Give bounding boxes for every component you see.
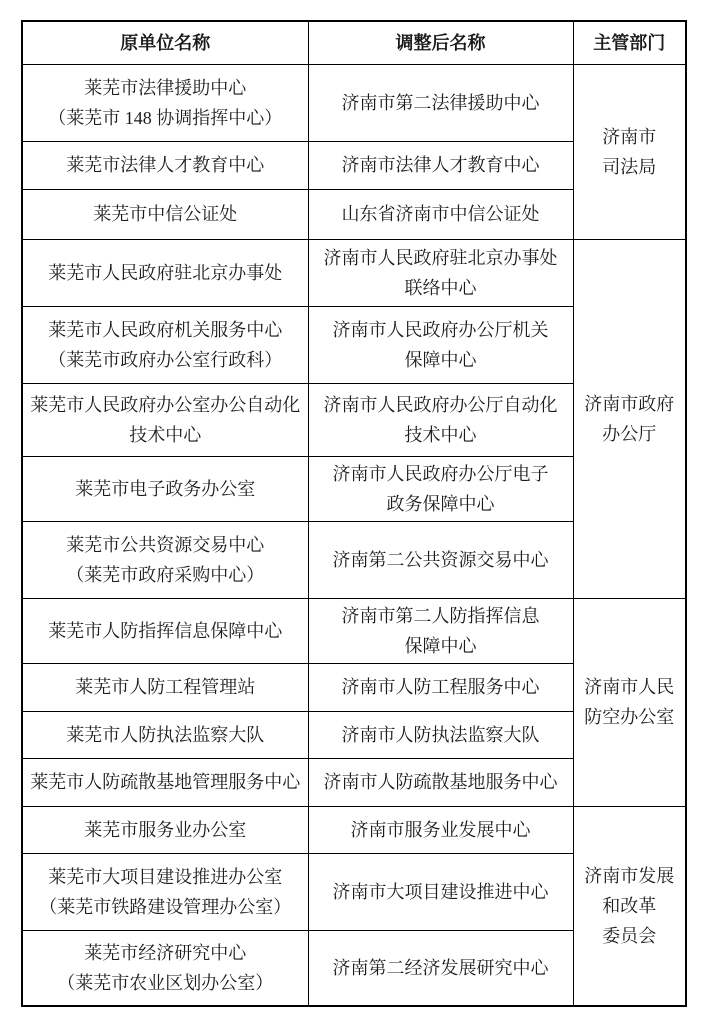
original-name-cell: 莱芜市中信公证处: [22, 189, 308, 239]
original-name-cell: 莱芜市人防工程管理站: [22, 663, 308, 711]
table-row: 莱芜市人防指挥信息保障中心 济南市第二人防指挥信息 保障中心 济南市人民 防空办…: [22, 598, 686, 663]
original-name-cell: 莱芜市经济研究中心 （莱芜市农业区划办公室）: [22, 930, 308, 1006]
adjusted-name-cell: 济南市人民政府驻北京办事处 联络中心: [308, 239, 573, 306]
original-name-cell: 莱芜市人民政府办公室办公自动化 技术中心: [22, 383, 308, 456]
header-original-name: 原单位名称: [22, 21, 308, 64]
adjusted-name-cell: 济南市服务业发展中心: [308, 806, 573, 853]
original-name-cell: 莱芜市人民政府驻北京办事处: [22, 239, 308, 306]
original-name-cell: 莱芜市人防疏散基地管理服务中心: [22, 758, 308, 806]
adjusted-name-cell: 济南市人民政府办公厅机关 保障中心: [308, 306, 573, 383]
table-row: 莱芜市服务业办公室 济南市服务业发展中心 济南市发展 和改革 委员会: [22, 806, 686, 853]
original-name-cell: 莱芜市法律人才教育中心: [22, 141, 308, 189]
department-cell: 济南市发展 和改革 委员会: [573, 806, 686, 1006]
original-name-cell: 莱芜市公共资源交易中心 （莱芜市政府采购中心）: [22, 521, 308, 598]
original-name-cell: 莱芜市电子政务办公室: [22, 456, 308, 521]
original-name-cell: 莱芜市人防执法监察大队: [22, 711, 308, 758]
adjusted-name-cell: 济南市人防疏散基地服务中心: [308, 758, 573, 806]
table-header-row: 原单位名称 调整后名称 主管部门: [22, 21, 686, 64]
adjusted-name-cell: 济南第二公共资源交易中心: [308, 521, 573, 598]
original-name-cell: 莱芜市大项目建设推进办公室 （莱芜市铁路建设管理办公室）: [22, 853, 308, 930]
original-name-cell: 莱芜市人民政府机关服务中心 （莱芜市政府办公室行政科）: [22, 306, 308, 383]
adjusted-name-cell: 济南市人民政府办公厅自动化 技术中心: [308, 383, 573, 456]
department-cell: 济南市 司法局: [573, 64, 686, 239]
header-department: 主管部门: [573, 21, 686, 64]
table-row: 莱芜市法律援助中心 （莱芜市 148 协调指挥中心） 济南市第二法律援助中心 济…: [22, 64, 686, 141]
adjusted-name-cell: 山东省济南市中信公证处: [308, 189, 573, 239]
department-cell: 济南市人民 防空办公室: [573, 598, 686, 806]
adjusted-name-cell: 济南市人防工程服务中心: [308, 663, 573, 711]
original-name-cell: 莱芜市法律援助中心 （莱芜市 148 协调指挥中心）: [22, 64, 308, 141]
adjusted-name-cell: 济南市人民政府办公厅电子 政务保障中心: [308, 456, 573, 521]
adjusted-name-cell: 济南第二经济发展研究中心: [308, 930, 573, 1006]
original-name-cell: 莱芜市服务业办公室: [22, 806, 308, 853]
adjusted-name-cell: 济南市第二法律援助中心: [308, 64, 573, 141]
unit-adjustment-table: 原单位名称 调整后名称 主管部门 莱芜市法律援助中心 （莱芜市 148 协调指挥…: [21, 20, 687, 1007]
adjusted-name-cell: 济南市法律人才教育中心: [308, 141, 573, 189]
adjusted-name-cell: 济南市第二人防指挥信息 保障中心: [308, 598, 573, 663]
adjusted-name-cell: 济南市人防执法监察大队: [308, 711, 573, 758]
table-row: 莱芜市人民政府驻北京办事处 济南市人民政府驻北京办事处 联络中心 济南市政府 办…: [22, 239, 686, 306]
adjusted-name-cell: 济南市大项目建设推进中心: [308, 853, 573, 930]
original-name-cell: 莱芜市人防指挥信息保障中心: [22, 598, 308, 663]
department-cell: 济南市政府 办公厅: [573, 239, 686, 598]
header-adjusted-name: 调整后名称: [308, 21, 573, 64]
